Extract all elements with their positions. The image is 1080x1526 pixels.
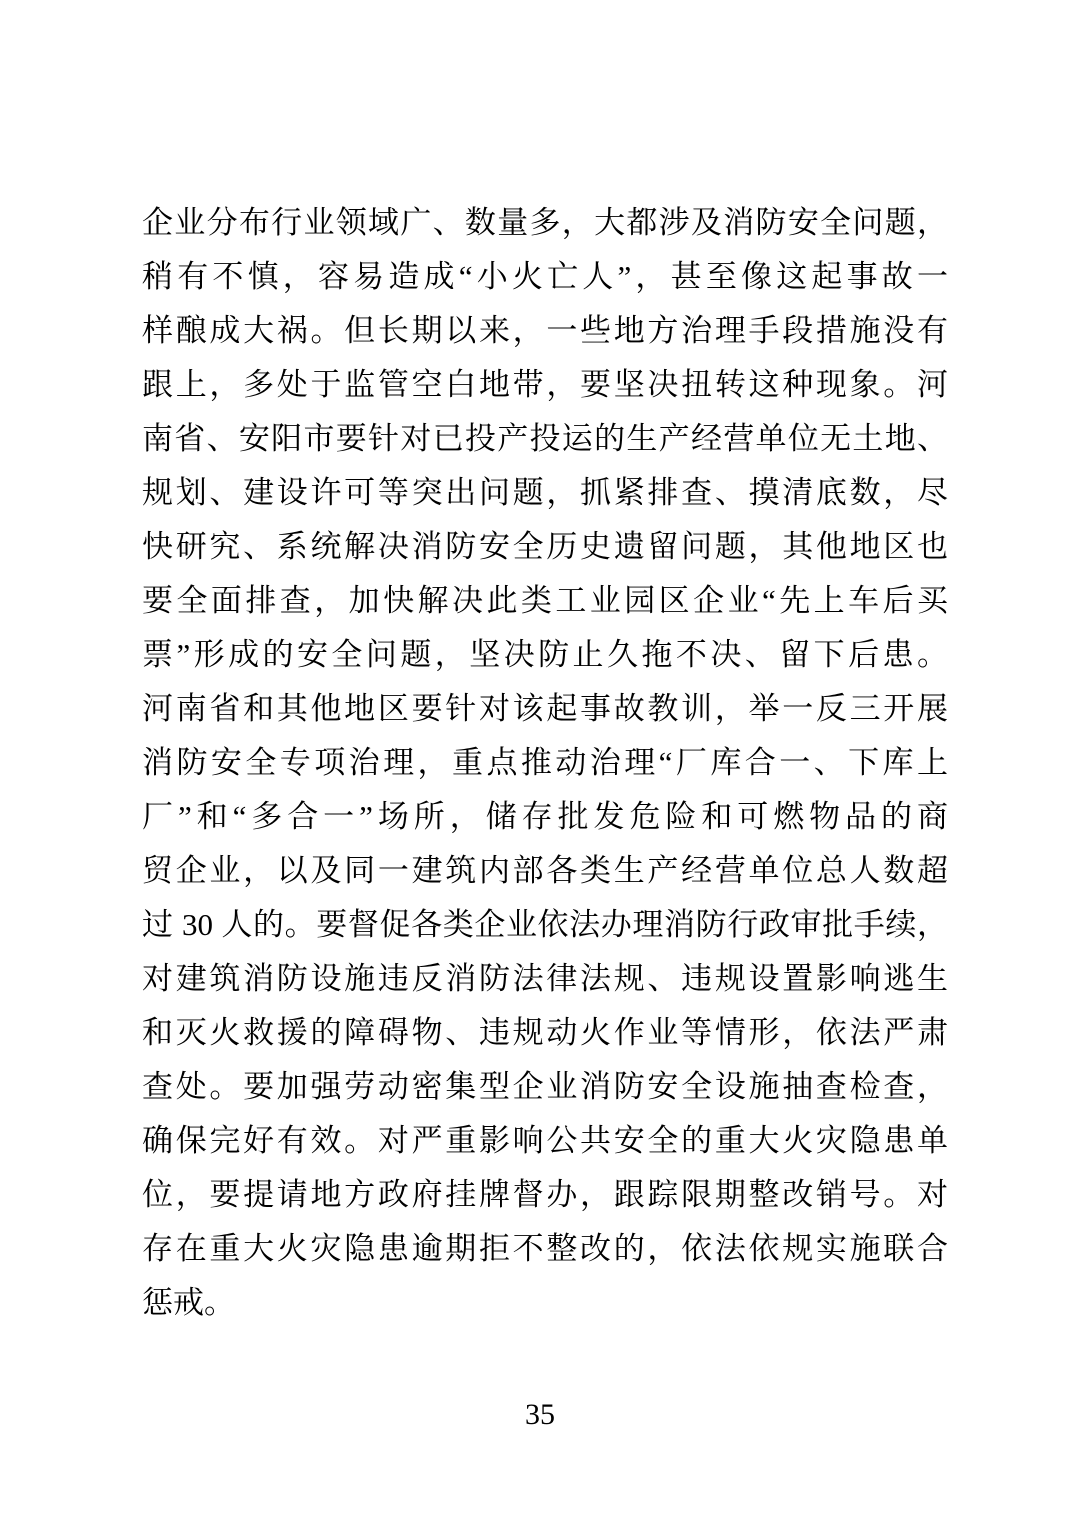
text-line: 企业分布行业领域广、数量多，大都涉及消防安全问题， xyxy=(142,196,948,250)
text-line: 跟上，多处于监管空白地带，要坚决扭转这种现象。河 xyxy=(142,358,948,412)
text-line: 和灭火救援的障碍物、违规动火作业等情形，依法严肃 xyxy=(142,1006,948,1060)
body-text: 企业分布行业领域广、数量多，大都涉及消防安全问题， 稍有不慎，容易造成“小火亡人… xyxy=(142,196,948,1330)
text-line: 快研究、系统解决消防安全历史遗留问题，其他地区也 xyxy=(142,520,948,574)
text-line: 南省、安阳市要针对已投产投运的生产经营单位无土地、 xyxy=(142,412,948,466)
text-line: 要全面排查，加快解决此类工业园区企业“先上车后买 xyxy=(142,574,948,628)
text-line: 对建筑消防设施违反消防法律法规、违规设置影响逃生 xyxy=(142,952,948,1006)
text-line: 存在重大火灾隐患逾期拒不整改的，依法依规实施联合 xyxy=(142,1222,948,1276)
text-line: 稍有不慎，容易造成“小火亡人”，甚至像这起事故一 xyxy=(142,250,948,304)
text-line: 票”形成的安全问题，坚决防止久拖不决、留下后患。 xyxy=(142,628,948,682)
text-line: 查处。要加强劳动密集型企业消防安全设施抽查检查， xyxy=(142,1060,948,1114)
text-line: 样酿成大祸。但长期以来，一些地方治理手段措施没有 xyxy=(142,304,948,358)
text-line: 惩戒。 xyxy=(142,1276,948,1330)
text-line: 消防安全专项治理，重点推动治理“厂库合一、下库上 xyxy=(142,736,948,790)
text-line: 位，要提请地方政府挂牌督办，跟踪限期整改销号。对 xyxy=(142,1168,948,1222)
text-line: 规划、建设许可等突出问题，抓紧排查、摸清底数，尽 xyxy=(142,466,948,520)
page-number: 35 xyxy=(0,1396,1080,1434)
text-line: 厂”和“多合一”场所，储存批发危险和可燃物品的商 xyxy=(142,790,948,844)
text-line: 贸企业，以及同一建筑内部各类生产经营单位总人数超 xyxy=(142,844,948,898)
text-line: 确保完好有效。对严重影响公共安全的重大火灾隐患单 xyxy=(142,1114,948,1168)
text-line: 河南省和其他地区要针对该起事故教训，举一反三开展 xyxy=(142,682,948,736)
text-line: 过 30 人的。要督促各类企业依法办理消防行政审批手续， xyxy=(142,898,948,952)
document-page: 企业分布行业领域广、数量多，大都涉及消防安全问题， 稍有不慎，容易造成“小火亡人… xyxy=(0,0,1080,1526)
